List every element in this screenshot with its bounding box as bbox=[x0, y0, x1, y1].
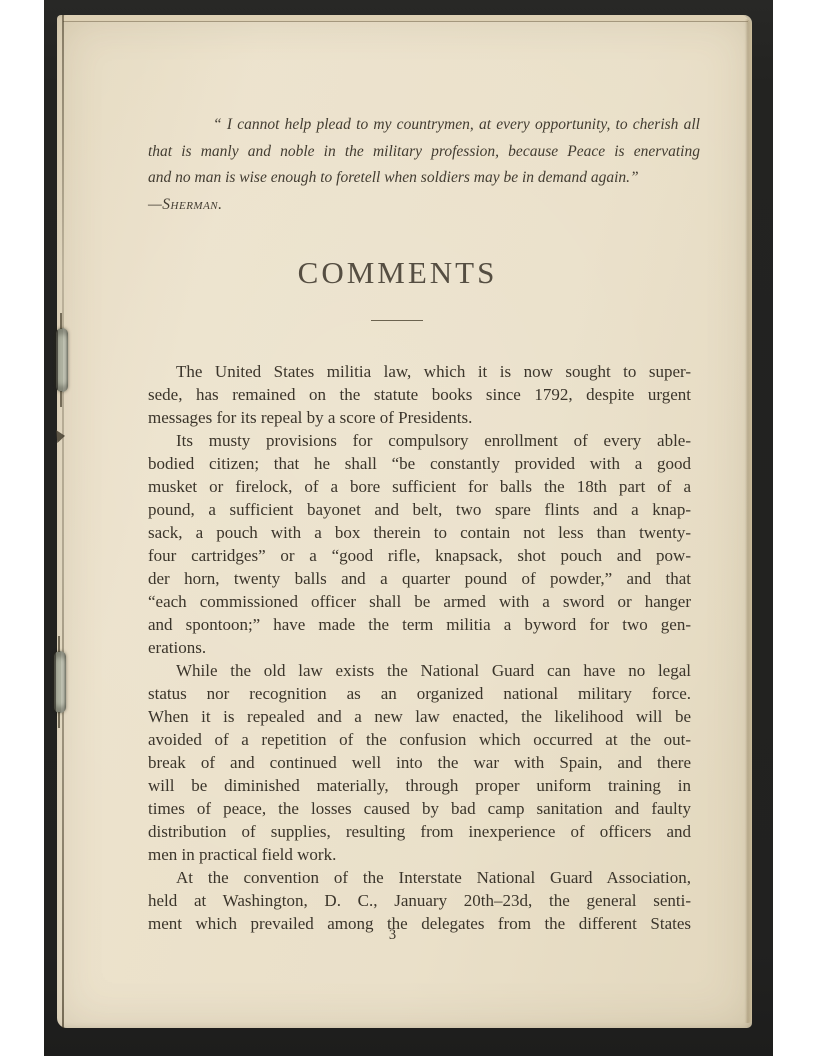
text-line: and spontoon;” have made the term militi… bbox=[148, 613, 691, 636]
text-line: men in practical field work. bbox=[148, 843, 691, 866]
page-number: 3 bbox=[121, 927, 664, 944]
paragraph: Its musty provisions for compulsory enro… bbox=[148, 429, 691, 659]
staple-prong bbox=[58, 712, 60, 728]
heading-wrap: COMMENTS bbox=[126, 255, 669, 291]
text-line: When it is repealed and a new law enacte… bbox=[148, 705, 691, 728]
epigraph-attribution: —Sherman. bbox=[148, 192, 700, 219]
text-line: four cartridges” or a “good rifle, knaps… bbox=[148, 544, 691, 567]
text-line: messages for its repeal by a score of Pr… bbox=[148, 406, 691, 429]
epigraph-quote: “ I cannot help plead to my countrymen, … bbox=[148, 112, 700, 218]
text-line: break of and continued well into the war… bbox=[148, 751, 691, 774]
staple-prong bbox=[60, 313, 62, 329]
scanned-page-view: “ I cannot help plead to my countrymen, … bbox=[0, 0, 816, 1056]
staple-icon bbox=[54, 651, 66, 713]
text-line: musket or firelock, of a bore sufficient… bbox=[148, 475, 691, 498]
text-line: avoided of a repetition of the confusion… bbox=[148, 728, 691, 751]
text-line: At the convention of the Interstate Nati… bbox=[148, 866, 691, 889]
text-line: der horn, twenty balls and a quarter pou… bbox=[148, 567, 691, 590]
text-line: sack, a pouch with a box therein to cont… bbox=[148, 521, 691, 544]
paragraph: While the old law exists the National Gu… bbox=[148, 659, 691, 866]
paragraph: At the convention of the Interstate Nati… bbox=[148, 866, 691, 935]
text-line: Its musty provisions for compulsory enro… bbox=[148, 429, 691, 452]
text-line: held at Washington, D. C., January 20th–… bbox=[148, 889, 691, 912]
text-line: distribution of supplies, resulting from… bbox=[148, 820, 691, 843]
adjacent-sheet-edge-top bbox=[63, 15, 748, 22]
staple-icon bbox=[56, 328, 68, 392]
text-line: While the old law exists the National Gu… bbox=[148, 659, 691, 682]
text-line: “each commissioned officer shall be arme… bbox=[148, 590, 691, 613]
stacked-pages-edge-right bbox=[745, 19, 752, 1023]
text-line: bodied citizen; that he shall “be consta… bbox=[148, 452, 691, 475]
staple-prong bbox=[58, 636, 60, 652]
text-line: and no man is wise enough to foretell wh… bbox=[148, 165, 700, 192]
text-line: pound, a sufficient bayonet and belt, tw… bbox=[148, 498, 691, 521]
text-line: that is manly and noble in the military … bbox=[148, 139, 700, 166]
heading-divider bbox=[371, 320, 423, 321]
text-line: status nor recognition as an organized n… bbox=[148, 682, 691, 705]
binding-crease bbox=[62, 15, 64, 1028]
text-line: sede, has remained on the statute books … bbox=[148, 383, 691, 406]
book-page: “ I cannot help plead to my countrymen, … bbox=[57, 15, 752, 1028]
text-line: will be diminished materially, through p… bbox=[148, 774, 691, 797]
page-title: COMMENTS bbox=[298, 255, 498, 290]
text-line: “ I cannot help plead to my countrymen, … bbox=[148, 112, 700, 139]
staple-prong bbox=[60, 391, 62, 407]
text-line: times of peace, the losses caused by bad… bbox=[148, 797, 691, 820]
text-line: erations. bbox=[148, 636, 691, 659]
paragraph: The United States militia law, which it … bbox=[148, 360, 691, 429]
epigraph-lines: “ I cannot help plead to my countrymen, … bbox=[148, 112, 700, 192]
text-line: The United States militia law, which it … bbox=[148, 360, 691, 383]
body-text: The United States militia law, which it … bbox=[148, 360, 691, 935]
